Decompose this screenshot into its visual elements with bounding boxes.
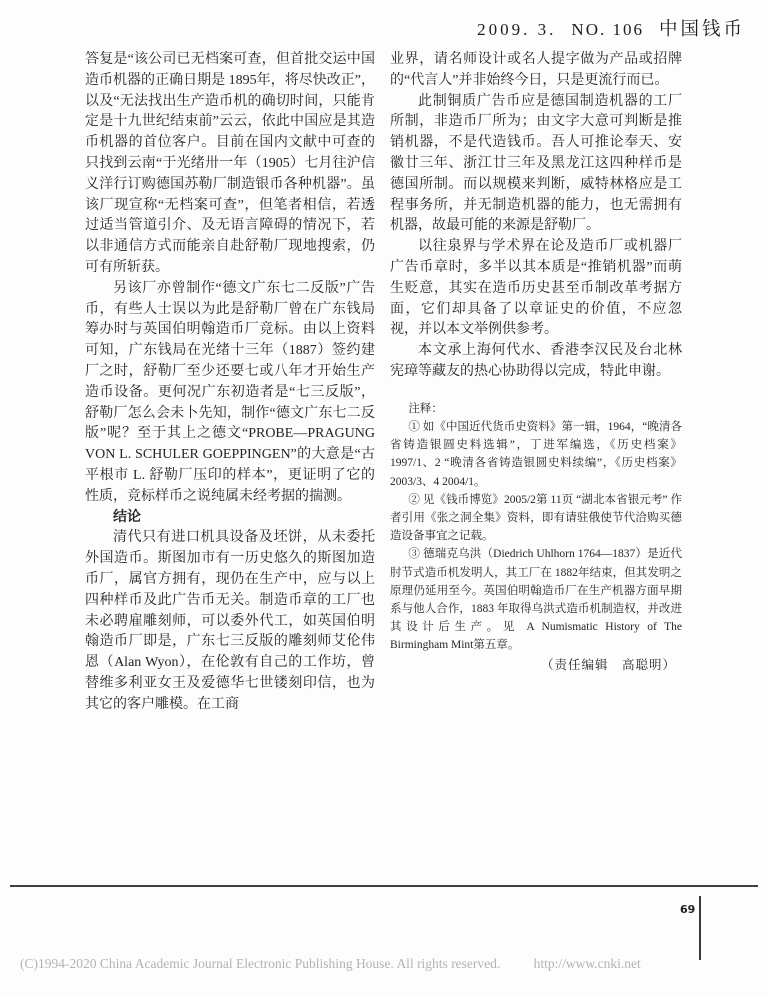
footnotes-label: 注释： — [390, 400, 682, 418]
editor-credit: （责任编辑 高聪明） — [390, 655, 682, 676]
cnki-url: http://www.cnki.net — [534, 956, 641, 971]
page-number-vertical-rule — [699, 896, 701, 960]
section-heading-conclusion: 结论 — [85, 508, 375, 529]
footnote-item: ② 见《钱币博览》2005/2第 11页 “湖北本省银元考” 作者引用《张之洞全… — [390, 491, 682, 546]
article-paragraph: 业界，请名师设计或名人提字做为产品或招牌的“代言人”并非始终今日，只是更流行而已… — [390, 50, 682, 92]
article-paragraph: 答复是“该公司已无档案可查，但首批交运中国造币机器的正确日期是 1895年，将尽… — [85, 50, 375, 279]
footnote-item: ③ 德瑞克乌洪（Diedrich Uhlhorn 1764—1837）是近代肘节… — [390, 545, 682, 654]
footnote-item: ① 如《中国近代货币史资料》第一辑，1964，“晚清各省铸造银圆史料选辑”，丁进… — [390, 418, 682, 491]
article-column-left: 答复是“该公司已无档案可查，但首批交运中国造币机器的正确日期是 1895年，将尽… — [85, 50, 375, 716]
article-column-right: 业界，请名师设计或名人提字做为产品或招牌的“代言人”并非始终今日，只是更流行而已… — [390, 50, 682, 675]
article-paragraph: 本文承上海何代水、香港李汉民及台北林宪璋等藏友的热心协助得以完成，特此申谢。 — [390, 341, 682, 383]
issue-date: 2009. 3. — [477, 20, 556, 40]
journal-header: 2009. 3. NO. 106 中国钱币 — [477, 15, 745, 41]
article-paragraph: 另该厂亦曾制作“德文广东七二反版”广告币，有些人士误以为此是舒勒厂曾在广东钱局筹… — [85, 279, 375, 508]
copyright-text: (C)1994-2020 China Academic Journal Elec… — [20, 956, 500, 971]
journal-title: 中国钱币 — [659, 15, 745, 41]
article-paragraph: 此制铜质广告币应是德国制造机器的工厂所制，非造币厂所为；由文字大意可判断是推销机… — [390, 92, 682, 238]
bottom-horizontal-rule — [10, 885, 758, 887]
footnotes: 注释： ① 如《中国近代货币史资料》第一辑，1964，“晚清各省铸造银圆史料选辑… — [390, 400, 682, 655]
cnki-copyright-watermark: (C)1994-2020 China Academic Journal Elec… — [20, 956, 641, 972]
page-number: 69 — [680, 903, 695, 916]
issue-number: NO. 106 — [571, 20, 644, 40]
journal-page: 2009. 3. NO. 106 中国钱币 答复是“该公司已无档案可查，但首批交… — [0, 0, 767, 995]
article-paragraph: 以往泉界与学术界在论及造币厂或机器厂广告币章时，多半以其本质是“推销机器”而萌生… — [390, 237, 682, 341]
article-paragraph: 清代只有进口机具设备及坯饼，从未委托外国造币。斯图加市有一历史悠久的斯图加造币厂… — [85, 528, 375, 715]
